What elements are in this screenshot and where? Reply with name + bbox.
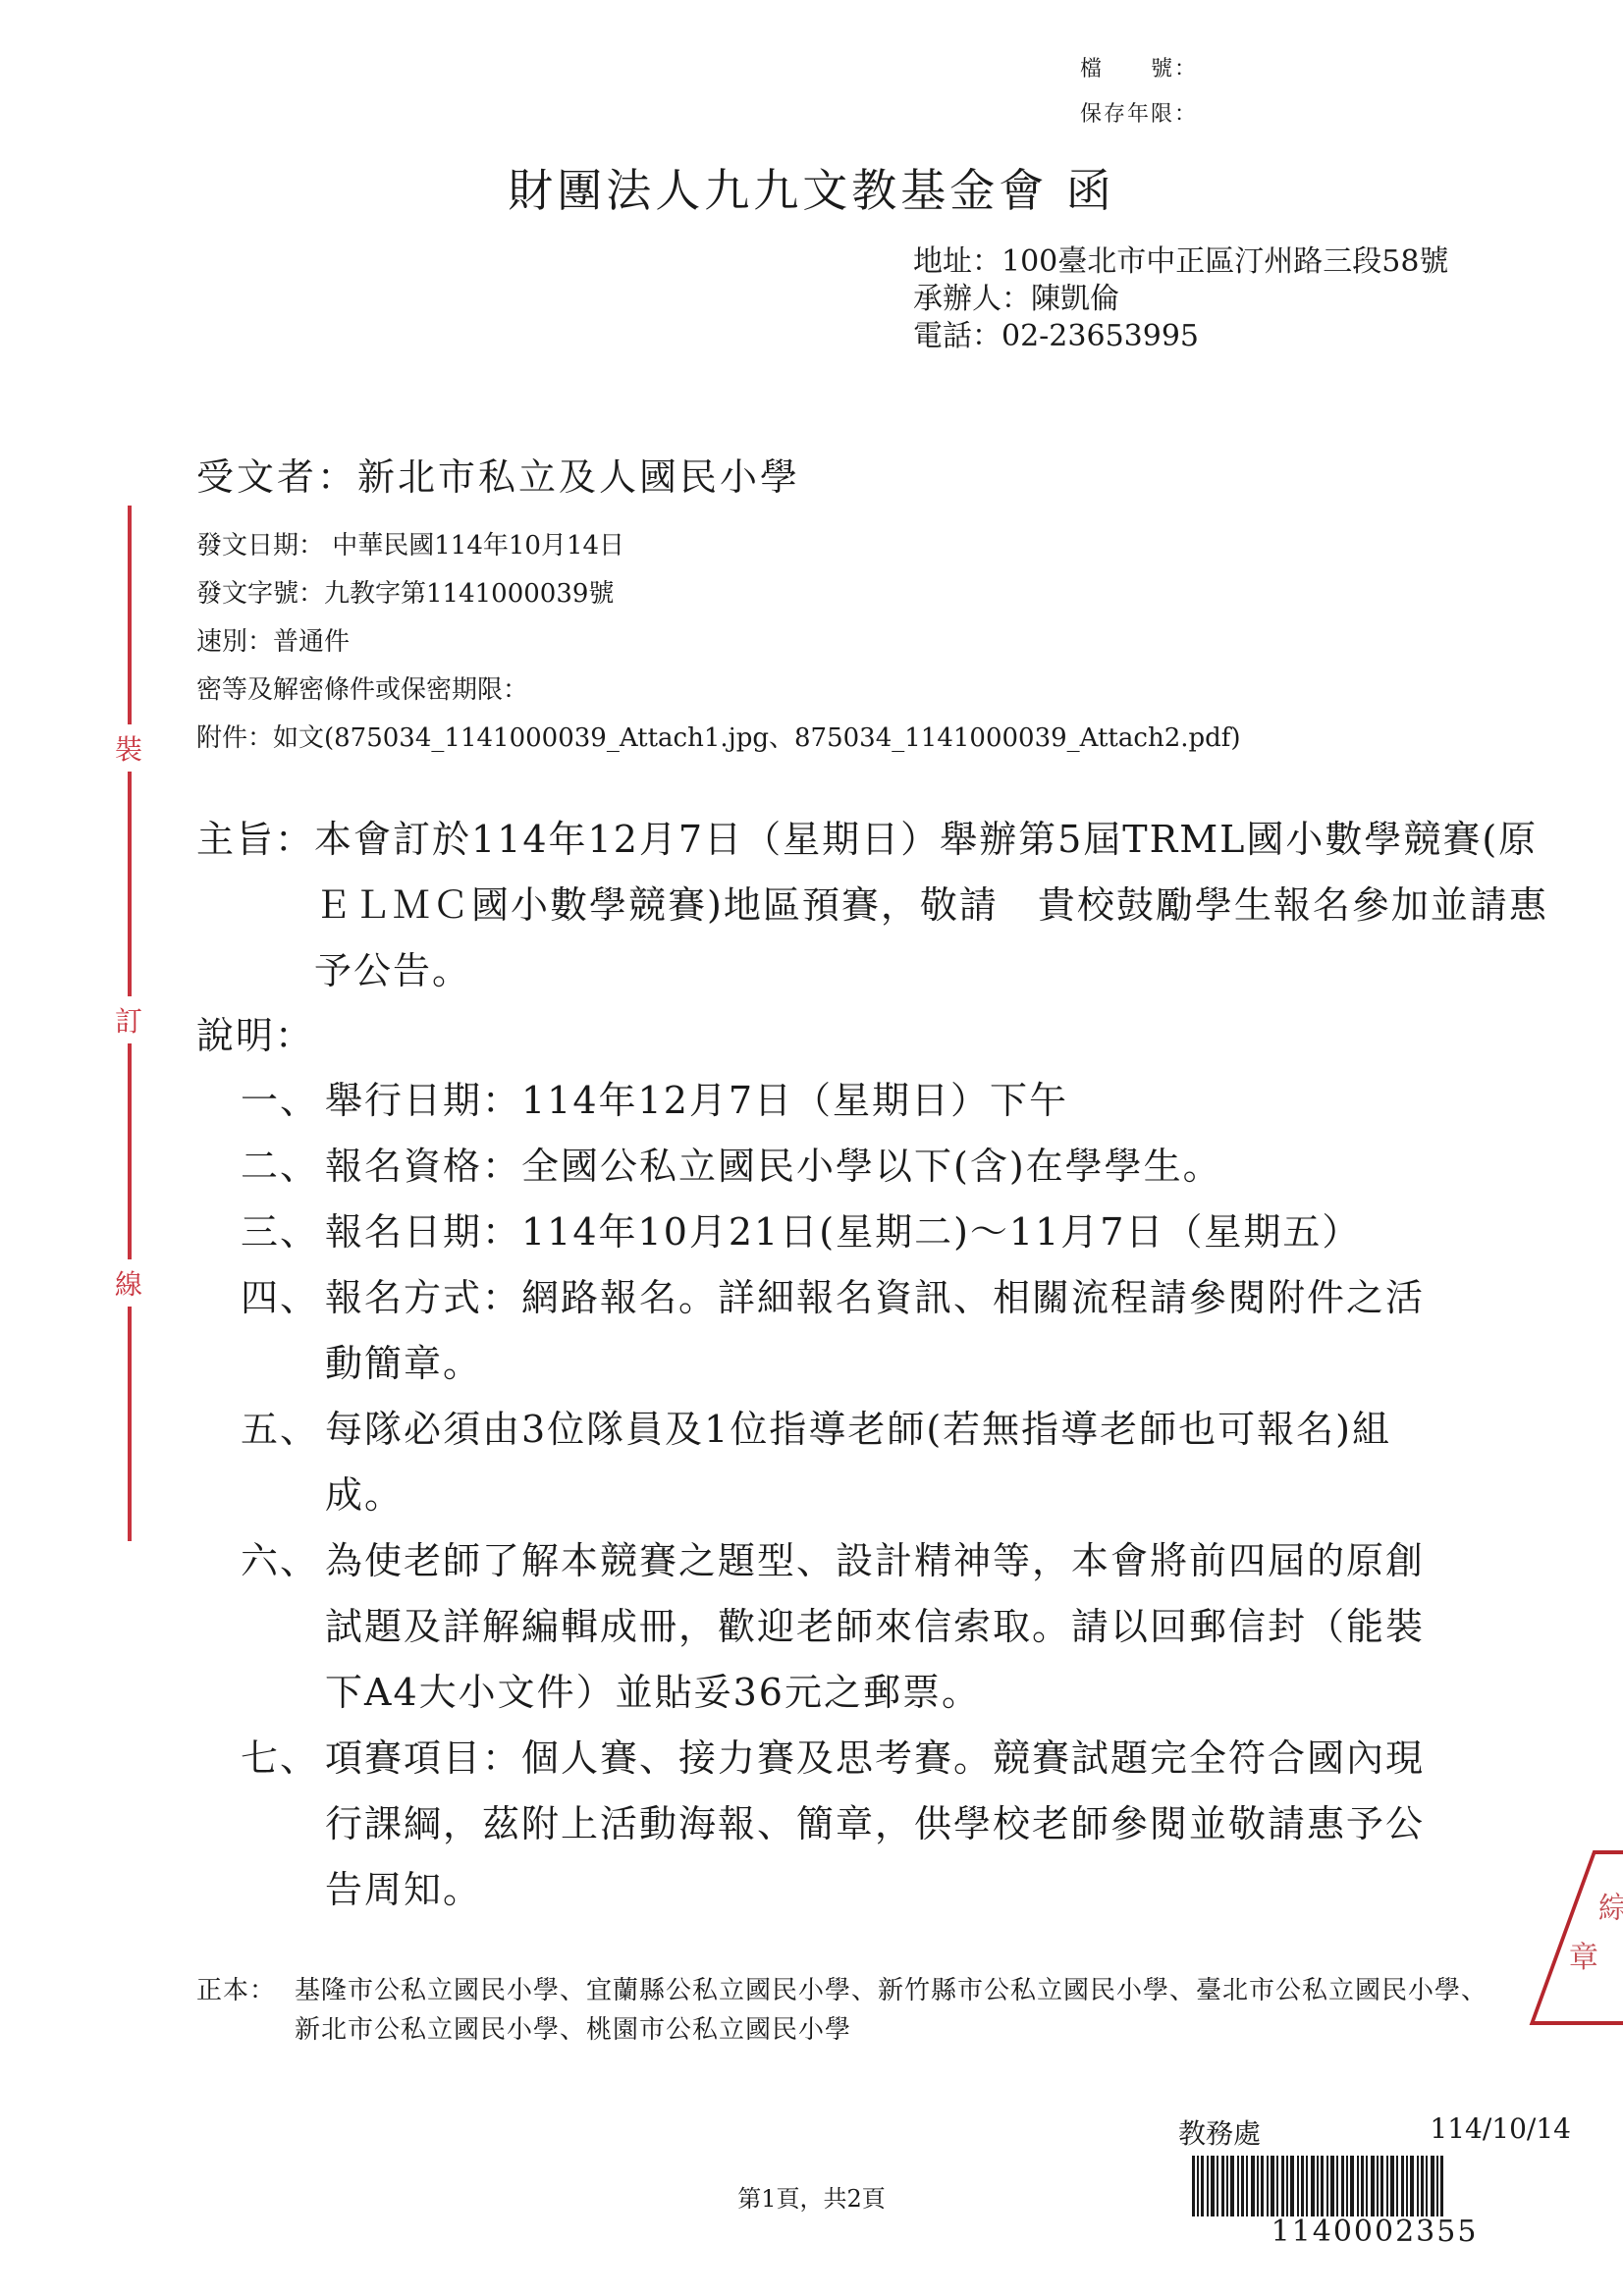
- sender-address: 地址：100臺北市中正區汀州路三段58號: [913, 243, 1448, 281]
- explanation-item: 二、 報名資格：全國公私立國民小學以下(含)在學學生。: [241, 1134, 1448, 1200]
- item-text: 報名日期：114年10月21日(星期二)～11月7日（星期五）: [325, 1200, 1448, 1265]
- binding-char-xian: 線: [115, 1259, 142, 1307]
- barcode-icon: [1192, 2156, 1571, 2216]
- item-text: 報名方式：網路報名。詳細報名資訊、相關流程請參閱附件之活動簡章。: [325, 1265, 1448, 1397]
- stamp-char: 綜: [1598, 1884, 1623, 1927]
- item-number: 六、: [241, 1528, 325, 1726]
- item-number: 二、: [241, 1134, 325, 1200]
- retention-period-label: 保存年限：: [1080, 92, 1198, 137]
- item-text: 報名資格：全國公私立國民小學以下(含)在學學生。: [325, 1134, 1448, 1200]
- item-text: 舉行日期：114年12月7日（星期日）下午: [325, 1068, 1448, 1134]
- item-number: 三、: [241, 1200, 325, 1265]
- sender-info: 地址：100臺北市中正區汀州路三段58號 承辦人：陳凱倫 電話：02-23653…: [913, 243, 1448, 355]
- seal-stamp: 綜 章: [1530, 1850, 1623, 2025]
- copies: 正本： 基隆市公私立國民小學、宜蘭縣公私立國民小學、新竹縣市公私立國民小學、臺北…: [196, 1971, 1512, 2050]
- explanation-item: 七、 項賽項目：個人賽、接力賽及思考賽。競賽試題完全符合國內現行課綱，茲附上活動…: [241, 1726, 1448, 1923]
- attachments[interactable]: 附件：如文(875034_1141000039_Attach1.jpg、8750…: [196, 715, 1241, 763]
- sender-contact: 承辦人：陳凱倫: [913, 281, 1448, 318]
- explanation-label: 說明：: [196, 1003, 314, 1069]
- file-number-label: 檔 號：: [1080, 47, 1198, 92]
- copies-label: 正本：: [196, 1971, 295, 2050]
- copies-text: 基隆市公私立國民小學、宜蘭縣公私立國民小學、新竹縣市公私立國民小學、臺北市公私立…: [295, 1971, 1512, 2050]
- document-title: 財團法人九九文教基金會 函: [0, 155, 1623, 220]
- confidentiality: 密等及解密條件或保密期限：: [196, 667, 1241, 715]
- item-number: 七、: [241, 1726, 325, 1923]
- subject-label: 主旨：: [196, 807, 314, 1004]
- item-text: 每隊必須由3位隊員及1位指導老師(若無指導老師也可報名)組成。: [325, 1397, 1448, 1528]
- receipt-date: 114/10/14: [1430, 2112, 1571, 2152]
- receipt-department: 教務處: [1178, 2112, 1261, 2152]
- item-text: 項賽項目：個人賽、接力賽及思考賽。競賽試題完全符合國內現行課綱，茲附上活動海報、…: [325, 1726, 1448, 1923]
- sender-phone: 電話：02-23653995: [913, 318, 1448, 355]
- receipt-barcode-block: 教務處 114/10/14: [1178, 2112, 1571, 2249]
- document-info: 發文日期： 中華民國114年10月14日 發文字號：九教字第1141000039…: [196, 522, 1241, 763]
- explanation-item: 三、 報名日期：114年10月21日(星期二)～11月7日（星期五）: [241, 1200, 1448, 1265]
- explanation-item: 四、 報名方式：網路報名。詳細報名資訊、相關流程請參閱附件之活動簡章。: [241, 1265, 1448, 1397]
- item-number: 一、: [241, 1068, 325, 1134]
- issue-date: 發文日期： 中華民國114年10月14日: [196, 522, 1241, 570]
- urgency: 速別：普通件: [196, 618, 1241, 667]
- item-text: 為使老師了解本競賽之題型、設計精神等，本會將前四屆的原創試題及詳解編輯成冊，歡迎…: [325, 1528, 1448, 1726]
- item-number: 四、: [241, 1265, 325, 1397]
- explanation-item: 五、 每隊必須由3位隊員及1位指導老師(若無指導老師也可報名)組成。: [241, 1397, 1448, 1528]
- document-number: 發文字號：九教字第1141000039號: [196, 570, 1241, 618]
- binding-char-zhuang: 裝: [115, 724, 142, 772]
- explanation-item: 一、 舉行日期：114年12月7日（星期日）下午: [241, 1068, 1448, 1134]
- item-number: 五、: [241, 1397, 325, 1528]
- archive-meta: 檔 號： 保存年限：: [1080, 47, 1198, 137]
- subject-text: 本會訂於114年12月7日（星期日）舉辦第5屆TRML國小數學競賽(原ＥＬＭＣ國…: [314, 807, 1551, 1004]
- explanation-items: 一、 舉行日期：114年12月7日（星期日）下午 二、 報名資格：全國公私立國民…: [241, 1068, 1448, 1923]
- subject: 主旨： 本會訂於114年12月7日（星期日）舉辦第5屆TRML國小數學競賽(原Ｅ…: [196, 807, 1551, 1004]
- barcode-number: 1140002355: [1178, 2215, 1571, 2249]
- recipient: 受文者：新北市私立及人國民小學: [196, 447, 800, 501]
- binding-char-ding: 訂: [115, 996, 142, 1043]
- stamp-char: 章: [1569, 1933, 1598, 1976]
- explanation-item: 六、 為使老師了解本競賽之題型、設計精神等，本會將前四屆的原創試題及詳解編輯成冊…: [241, 1528, 1448, 1726]
